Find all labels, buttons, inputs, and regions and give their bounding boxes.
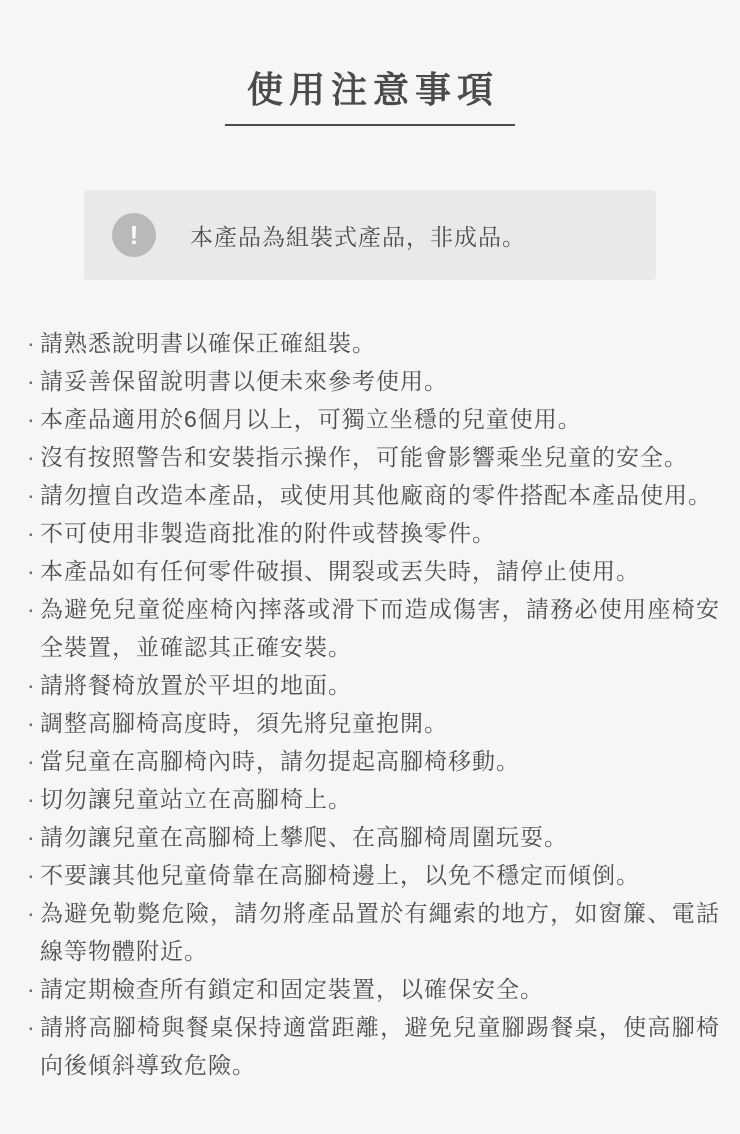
bullet-icon: · [27,704,36,742]
exclamation-icon: ! [112,213,156,257]
list-item: · 請勿擅自改造本產品，或使用其他廠商的零件搭配本產品使用。 [27,476,720,514]
list-item: · 沒有按照警告和安裝指示操作，可能會影響乘坐兒童的安全。 [27,438,720,476]
exclamation-glyph: ! [130,222,139,248]
bullet-icon: · [27,324,36,362]
list-item: · 本產品適用於6個月以上，可獨立坐穩的兒童使用。 [27,400,720,438]
list-item-text: 為避免勒斃危險，請勿將產品置於有繩索的地方，如窗簾、電話線等物體附近。 [40,900,720,964]
page-header: 使用注意事項 [0,0,740,126]
list-item-text: 請勿讓兒童在高腳椅上攀爬、在高腳椅周圍玩耍。 [40,824,568,850]
list-item-text: 本產品適用於6個月以上，可獨立坐穩的兒童使用。 [40,406,582,432]
bullet-icon: · [27,818,36,856]
list-item: · 請勿讓兒童在高腳椅上攀爬、在高腳椅周圍玩耍。 [27,818,720,856]
notice-text: 本產品為組裝式產品，非成品。 [190,219,526,252]
bullet-icon: · [27,476,36,514]
bullet-icon: · [27,552,36,590]
list-item-text: 不可使用非製造商批准的附件或替換零件。 [40,520,496,546]
list-item-text: 為避免兒童從座椅內摔落或滑下而造成傷害，請務必使用座椅安全裝置，並確認其正確安裝… [40,596,720,660]
title-underline [225,124,515,126]
notice-box: ! 本產品為組裝式產品，非成品。 [84,190,656,280]
bullet-icon: · [27,362,36,400]
list-item-text: 請將餐椅放置於平坦的地面。 [40,672,352,698]
list-item: · 本產品如有任何零件破損、開裂或丟失時，請停止使用。 [27,552,720,590]
bullet-icon: · [27,438,36,476]
bullet-icon: · [27,856,36,894]
list-item-text: 請將高腳椅與餐桌保持適當距離，避免兒童腳踢餐桌，使高腳椅向後傾斜導致危險。 [40,1014,720,1078]
list-item: · 為避免勒斃危險，請勿將產品置於有繩索的地方，如窗簾、電話線等物體附近。 [27,894,720,970]
list-item: · 當兒童在高腳椅內時，請勿提起高腳椅移動。 [27,742,720,780]
bullet-icon: · [27,742,36,780]
list-item: · 不可使用非製造商批准的附件或替換零件。 [27,514,720,552]
precautions-list: · 請熟悉說明書以確保正確組裝。 · 請妥善保留說明書以便未來參考使用。 · 本… [0,324,740,1084]
list-item: · 請熟悉說明書以確保正確組裝。 [27,324,720,362]
bullet-icon: · [27,514,36,552]
list-item-text: 沒有按照警告和安裝指示操作，可能會影響乘坐兒童的安全。 [40,444,688,470]
list-item: · 請將餐椅放置於平坦的地面。 [27,666,720,704]
list-item: · 切勿讓兒童站立在高腳椅上。 [27,780,720,818]
list-item: · 不要讓其他兒童倚靠在高腳椅邊上，以免不穩定而傾倒。 [27,856,720,894]
page-title: 使用注意事項 [0,72,740,108]
precautions-page: 使用注意事項 ! 本產品為組裝式產品，非成品。 · 請熟悉說明書以確保正確組裝。… [0,0,740,1134]
bullet-icon: · [27,970,36,1008]
bullet-icon: · [27,780,36,818]
list-item-text: 請妥善保留說明書以便未來參考使用。 [40,368,448,394]
list-item-text: 當兒童在高腳椅內時，請勿提起高腳椅移動。 [40,748,520,774]
list-item-text: 本產品如有任何零件破損、開裂或丟失時，請停止使用。 [40,558,640,584]
list-item: · 請定期檢查所有鎖定和固定裝置，以確保安全。 [27,970,720,1008]
list-item: · 調整高腳椅高度時，須先將兒童抱開。 [27,704,720,742]
bullet-icon: · [27,400,36,438]
list-item-text: 請勿擅自改造本產品，或使用其他廠商的零件搭配本產品使用。 [40,482,712,508]
list-item-text: 切勿讓兒童站立在高腳椅上。 [40,786,352,812]
list-item-text: 不要讓其他兒童倚靠在高腳椅邊上，以免不穩定而傾倒。 [40,862,640,888]
list-item-text: 請定期檢查所有鎖定和固定裝置，以確保安全。 [40,976,544,1002]
bullet-icon: · [27,666,36,704]
list-item-text: 請熟悉說明書以確保正確組裝。 [40,330,376,356]
list-item: · 請妥善保留說明書以便未來參考使用。 [27,362,720,400]
bullet-icon: · [27,1008,36,1046]
bullet-icon: · [27,590,36,628]
bullet-icon: · [27,894,36,932]
list-item: · 請將高腳椅與餐桌保持適當距離，避免兒童腳踢餐桌，使高腳椅向後傾斜導致危險。 [27,1008,720,1084]
list-item-text: 調整高腳椅高度時，須先將兒童抱開。 [40,710,448,736]
list-item: · 為避免兒童從座椅內摔落或滑下而造成傷害，請務必使用座椅安全裝置，並確認其正確… [27,590,720,666]
